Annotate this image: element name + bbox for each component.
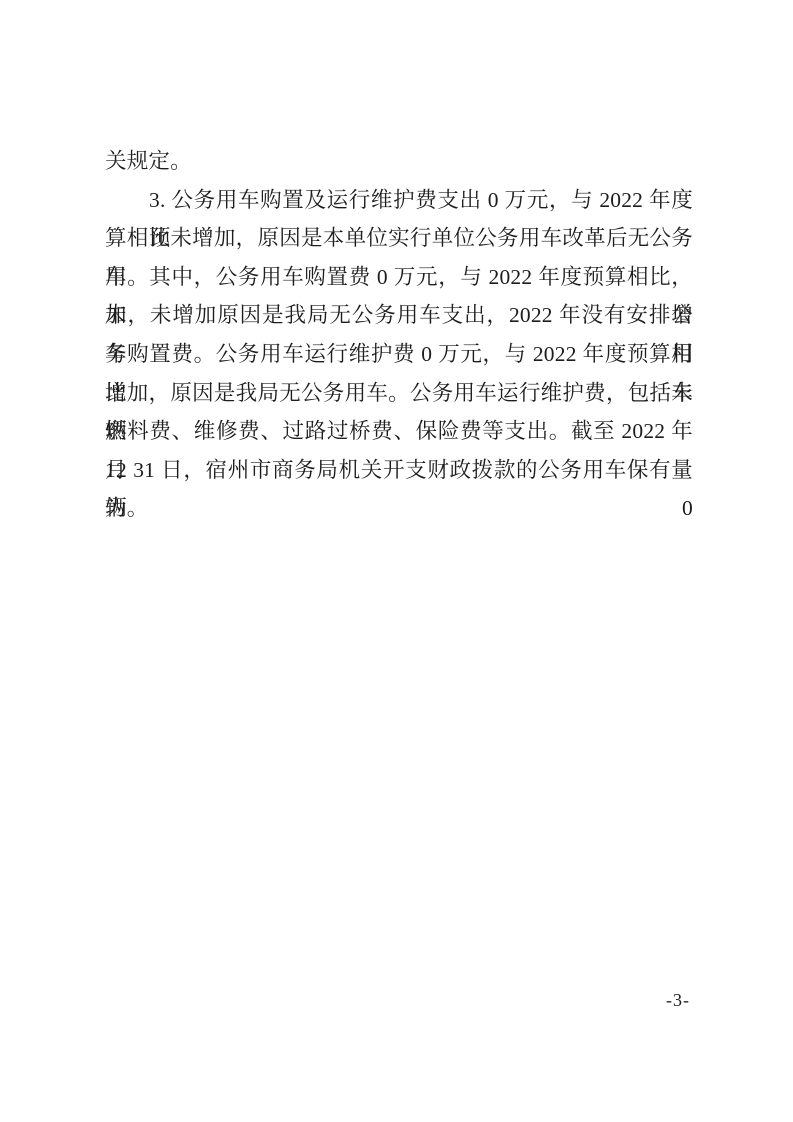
document-line: 算相比未增加，原因是本单位实行单位公务用车改革后无公务用 — [105, 219, 693, 258]
page-number: -3- — [656, 989, 700, 1011]
document-line: 车购置费。公务用车运行维护费 0 万元，与 2022 年度预算相比未 — [105, 335, 693, 374]
body-text-block: 关规定。 3. 公务用车购置及运行维护费支出 0 万元，与 2022 年度预 算… — [105, 142, 693, 528]
document-line: 关规定。 — [105, 142, 693, 181]
document-line: 3. 公务用车购置及运行维护费支出 0 万元，与 2022 年度预 — [105, 181, 693, 220]
document-line: 月 31 日，宿州市商务局机关开支财政拨款的公务用车保有量为 0 — [105, 451, 693, 490]
document-line: 增加，原因是我局无公务用车。公务用车运行维护费，包括车辆 — [105, 374, 693, 413]
document-line: 燃料费、维修费、过路过桥费、保险费等支出。截至 2022 年 12 — [105, 412, 693, 451]
document-line: 加，未增加原因是我局无公务用车支出，2022 年没有安排公务用 — [105, 296, 693, 335]
document-line: 车。其中，公务用车购置费 0 万元，与 2022 年度预算相比，未增 — [105, 258, 693, 297]
document-page: 关规定。 3. 公务用车购置及运行维护费支出 0 万元，与 2022 年度预 算… — [0, 0, 793, 1122]
